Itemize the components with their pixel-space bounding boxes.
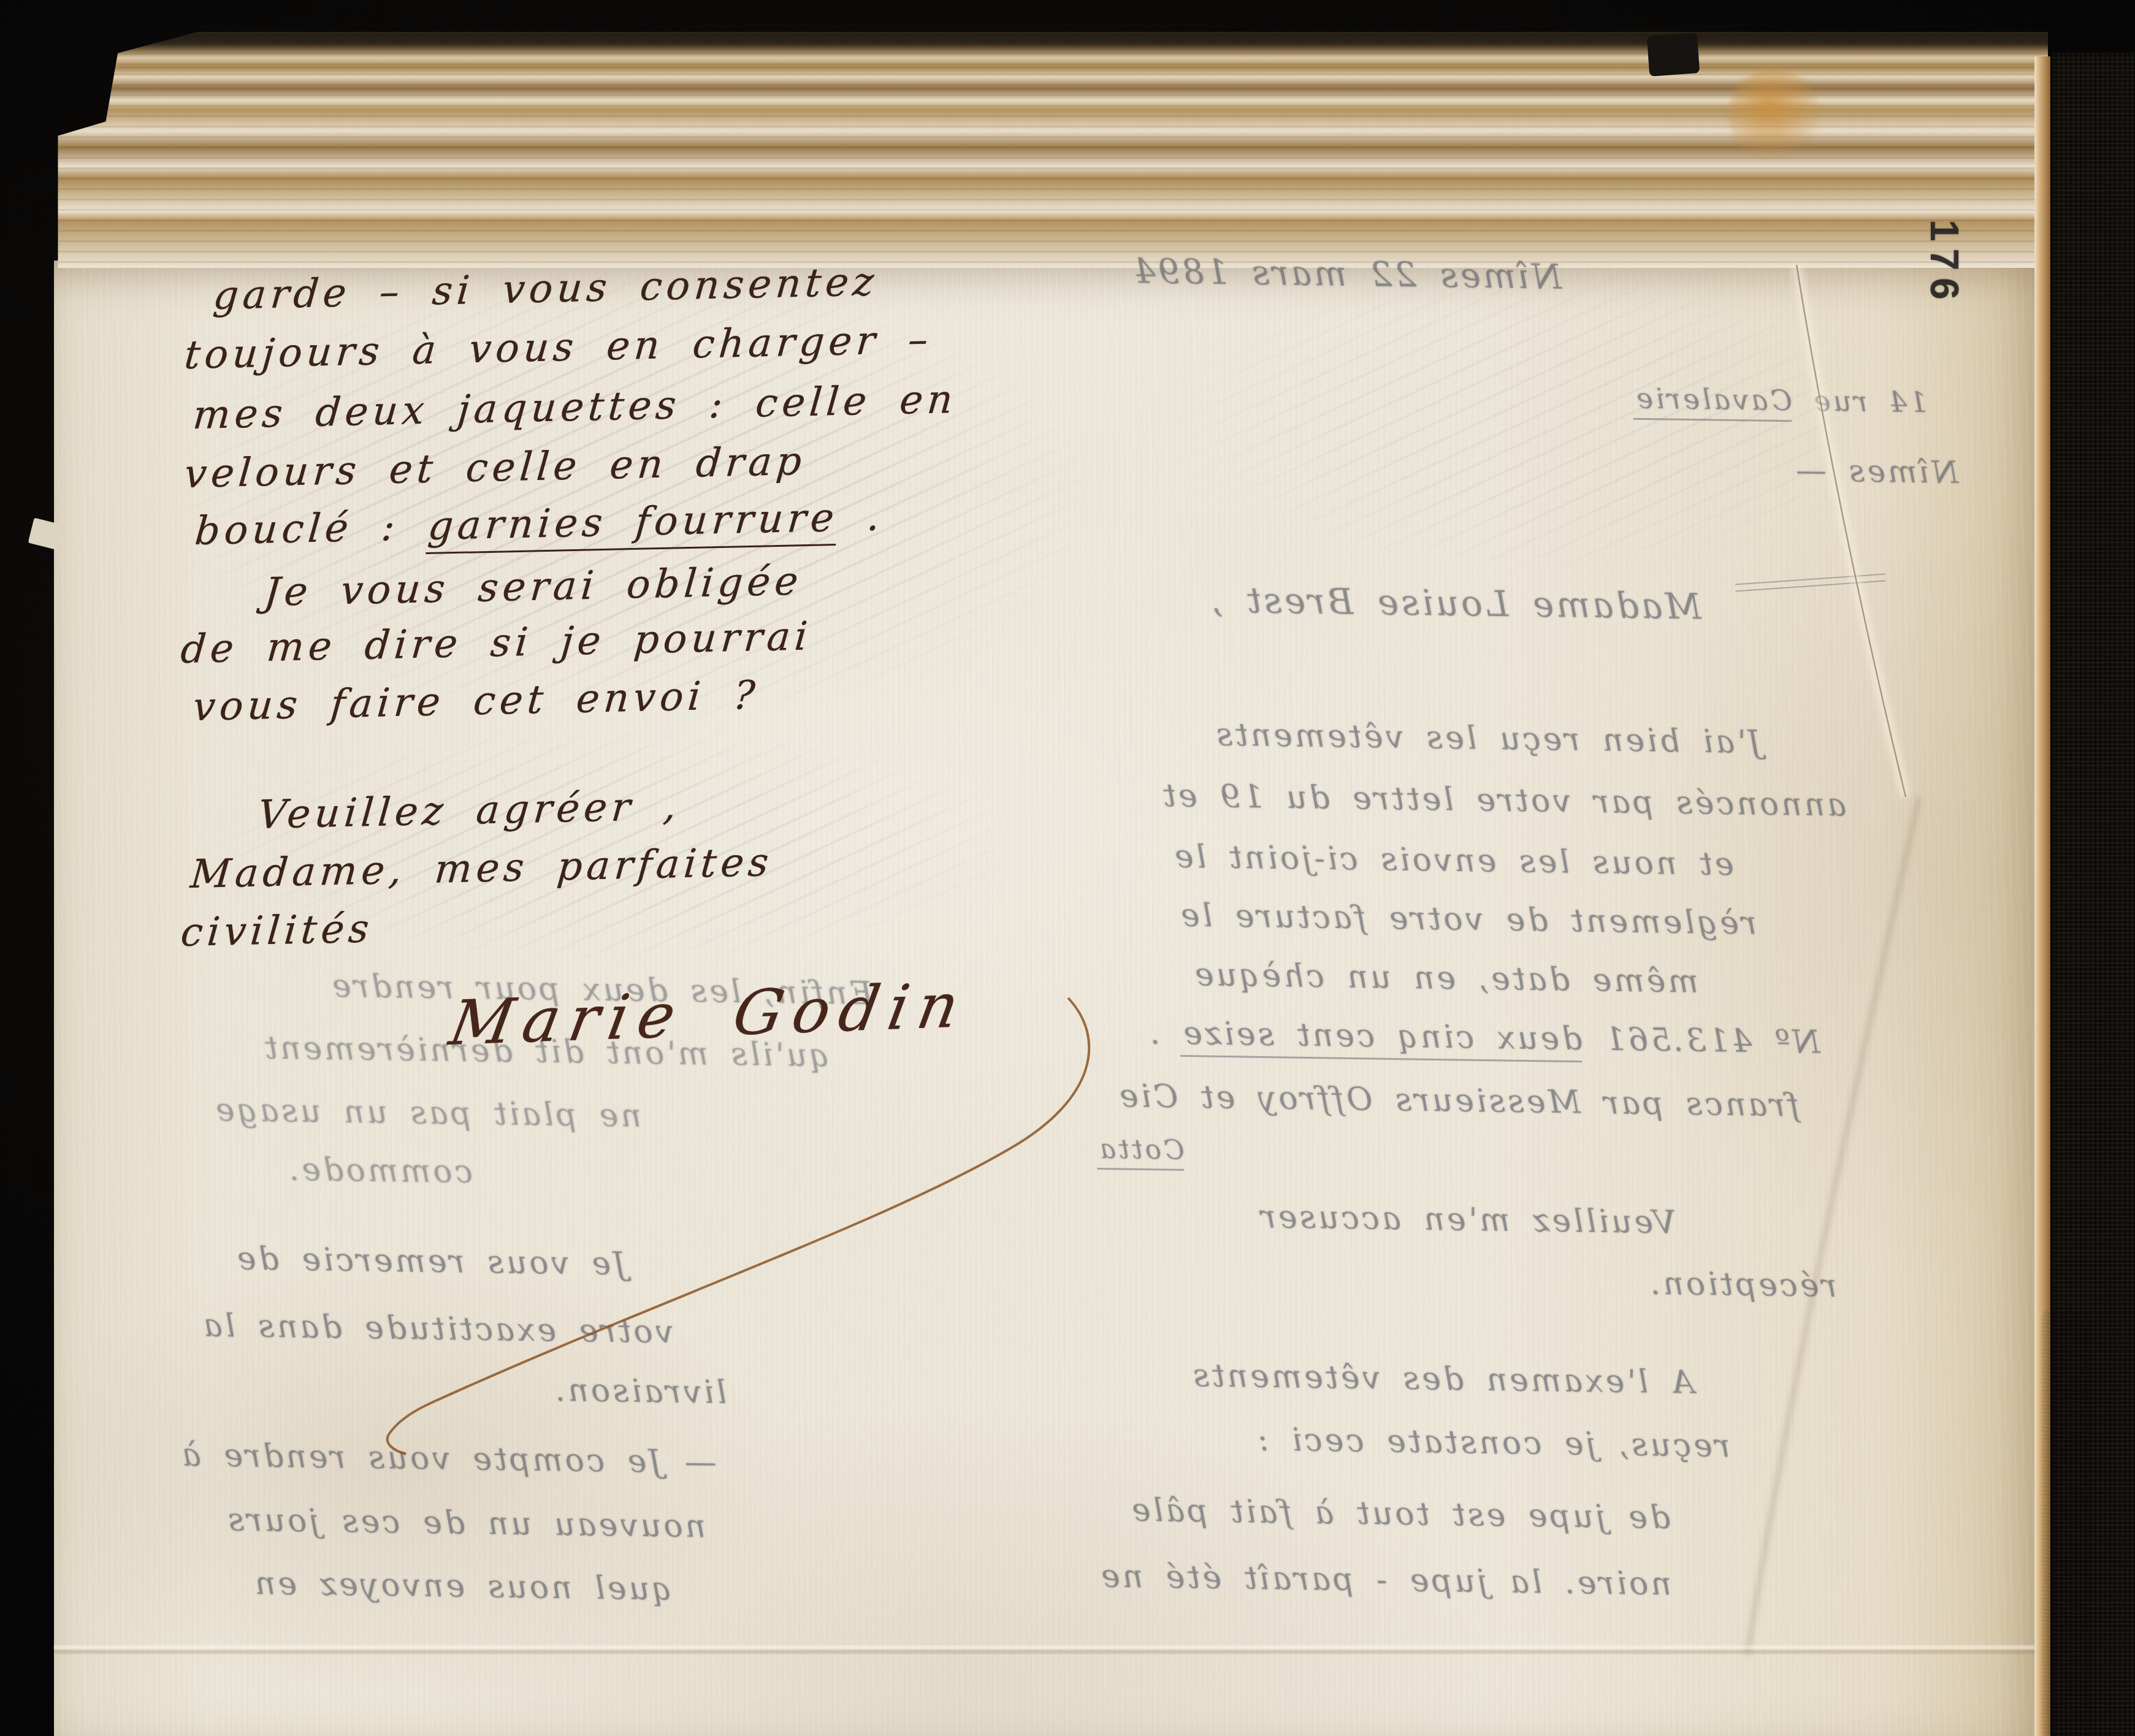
letter-line: civilités [179,906,375,956]
horizontal-fold-crease [54,1645,2034,1654]
text-segment: civilités [179,906,375,956]
text-segment: bouclé : [193,504,430,554]
text-segment: Veuillez agréer , [256,783,682,838]
signature-flourish [388,998,1089,1454]
scanned-letterbook-page: 176 Nîmes 22 mars 189414 rue CavalerieNî… [0,0,2135,1736]
letter-line: Veuillez agréer , [256,783,682,838]
text-segment: . [836,494,886,541]
long-fold [1747,797,1919,1655]
crease-highlight [1797,265,1906,797]
text-segment: garnies fourrure [426,495,840,554]
